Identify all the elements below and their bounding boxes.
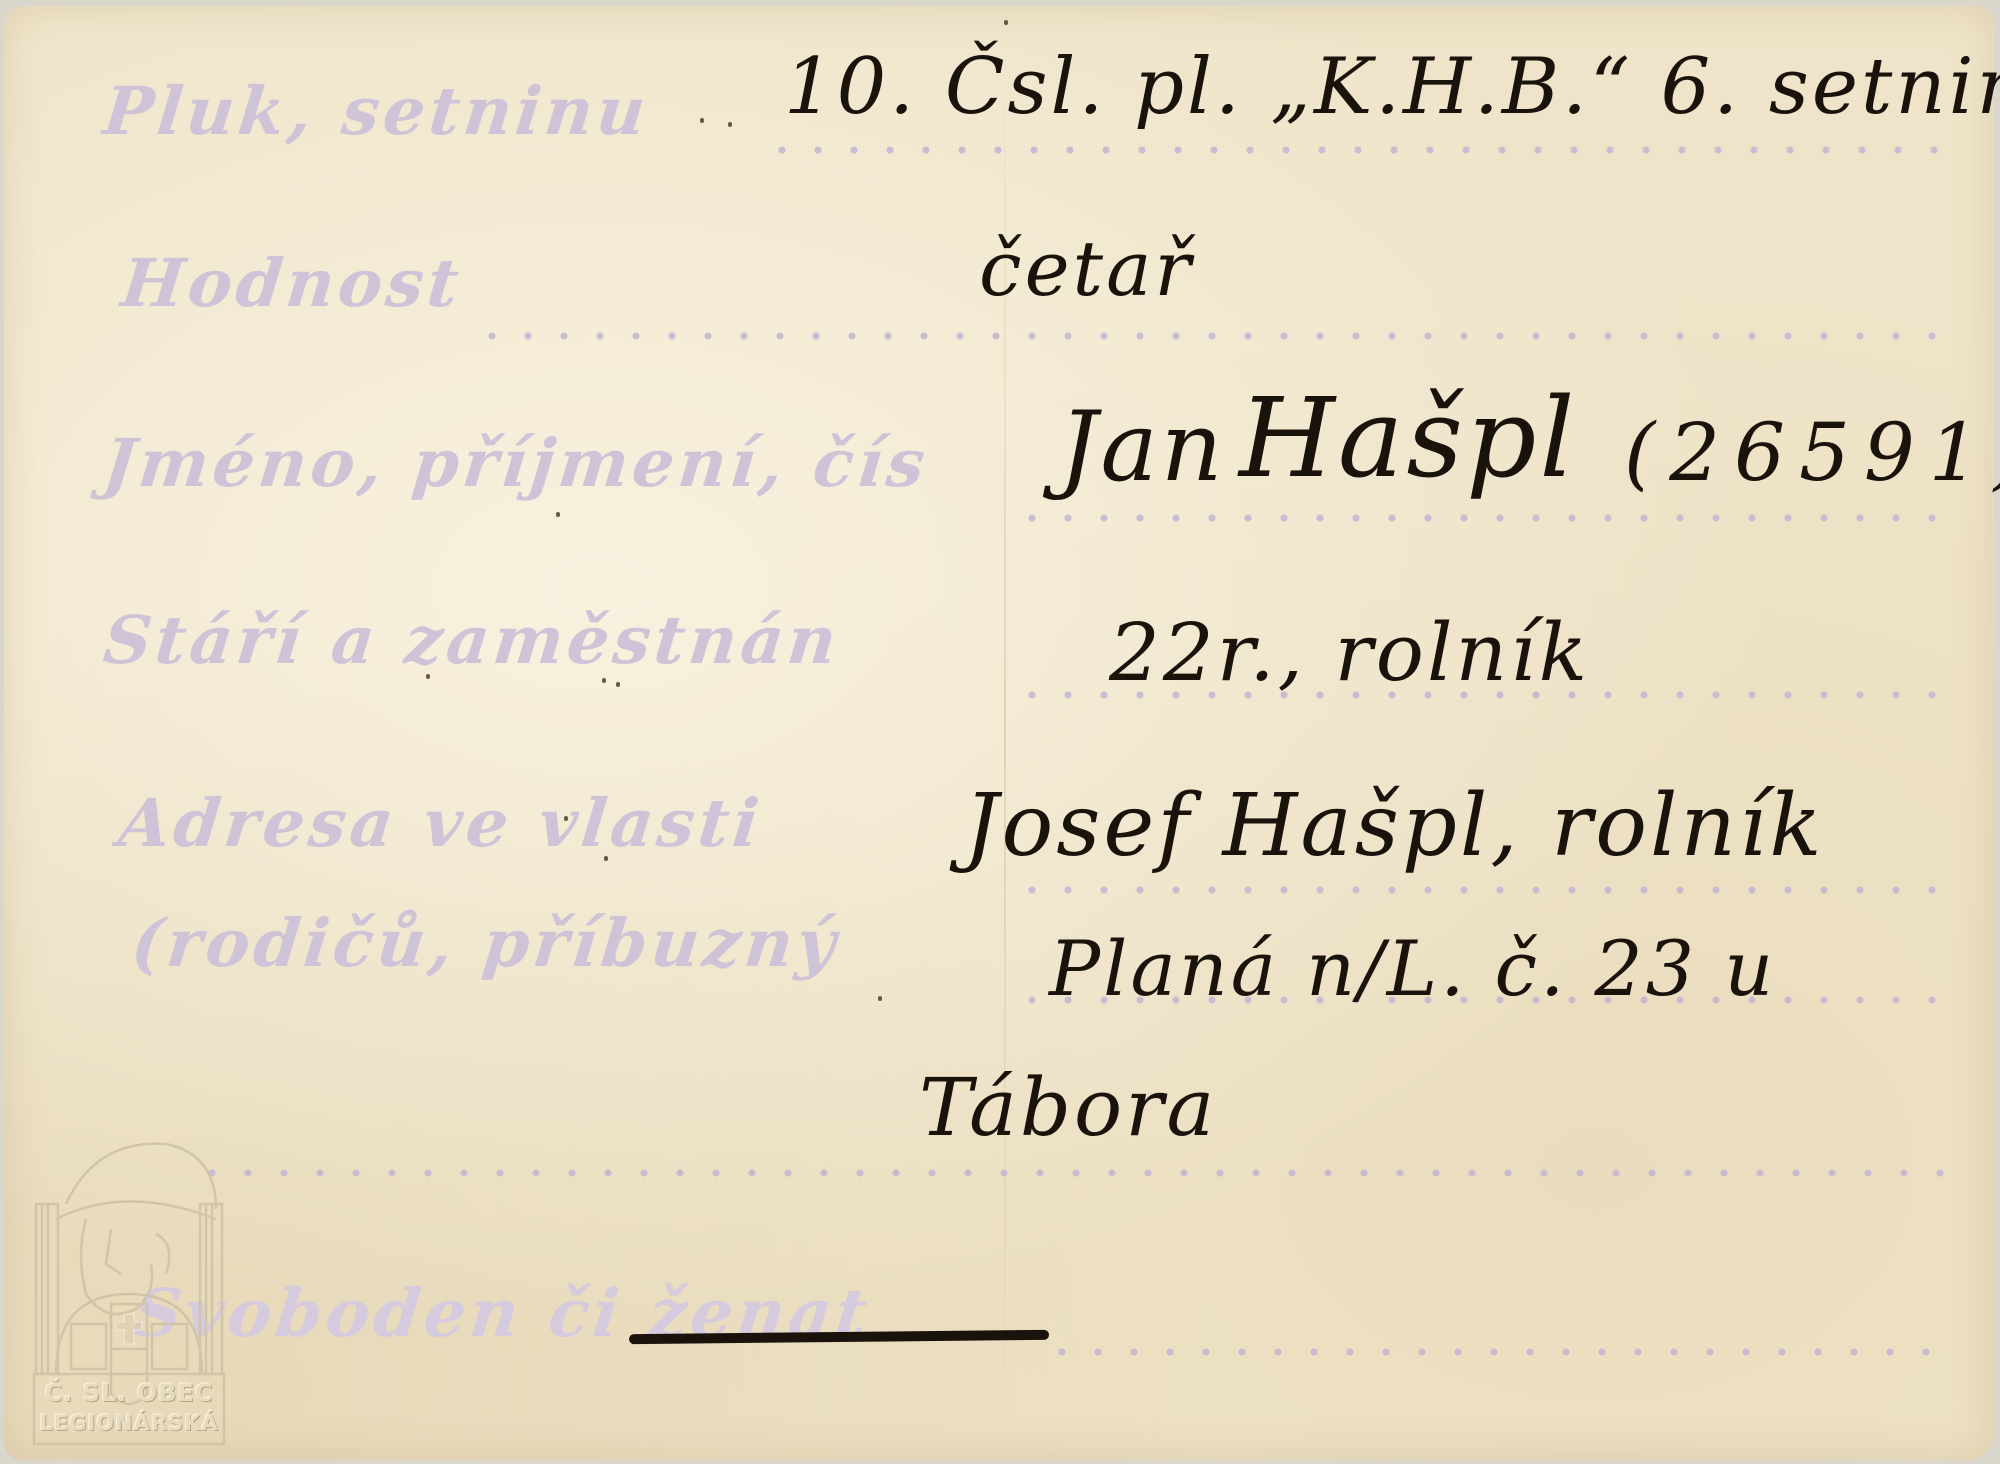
label-regiment: Pluk, setninu	[100, 72, 653, 150]
legionnaire-emblem-icon: Č. SL. OBEC LEGIONÁRSKÁ	[26, 1124, 232, 1450]
entry-service-number: (26591)	[1624, 406, 2000, 499]
entry-age-occupation: 22r., rolník	[1109, 606, 1590, 699]
entry-name-first: Jan	[1059, 391, 1226, 503]
stamp-text-line2: LEGIONÁRSKÁ	[26, 1411, 232, 1435]
paper-speck	[426, 674, 430, 679]
entry-address-name: Josef Hašpl, rolník	[964, 776, 1824, 876]
paper-speck	[616, 682, 620, 687]
dotted-line-regiment	[764, 146, 1954, 154]
record-card: Pluk, setninu Hodnost Jméno, příjmení, č…	[4, 6, 1994, 1460]
dotted-line-rank	[474, 332, 1954, 340]
entry-address-town: Tábora	[919, 1061, 1217, 1154]
paper-speck	[728, 122, 732, 127]
paper-speck	[602, 678, 606, 683]
label-age-occupation: Stáří a zaměstnán	[100, 601, 844, 679]
paper-speck	[604, 856, 608, 861]
label-rank: Hodnost	[118, 244, 466, 322]
label-name: Jméno, příjmení, čís	[100, 424, 932, 502]
label-address-1: Adresa ve vlasti	[115, 784, 766, 862]
label-address-2: (rodičů, příbuzný	[128, 904, 844, 982]
paper-speck	[700, 118, 704, 123]
entry-regiment: 10. Čsl. pl. „K.H.B.“ 6. setnina	[784, 42, 2000, 132]
entry-rank: četař	[979, 224, 1194, 313]
entry-address-place: Planá n/L. č. 23 u	[1049, 924, 1776, 1013]
dotted-line-blank	[194, 1169, 1954, 1177]
entry-name-last: Hašpl	[1239, 374, 1578, 502]
dotted-line-address-1	[1014, 886, 1954, 894]
paper-speck	[878, 996, 882, 1001]
paper-speck	[564, 816, 568, 821]
paper-speck	[556, 512, 560, 517]
dotted-line-name	[1014, 514, 1954, 522]
dotted-line-marital	[1044, 1348, 1954, 1356]
paper-speck	[1004, 20, 1008, 25]
stamp-text-line1: Č. SL. OBEC	[26, 1379, 232, 1407]
